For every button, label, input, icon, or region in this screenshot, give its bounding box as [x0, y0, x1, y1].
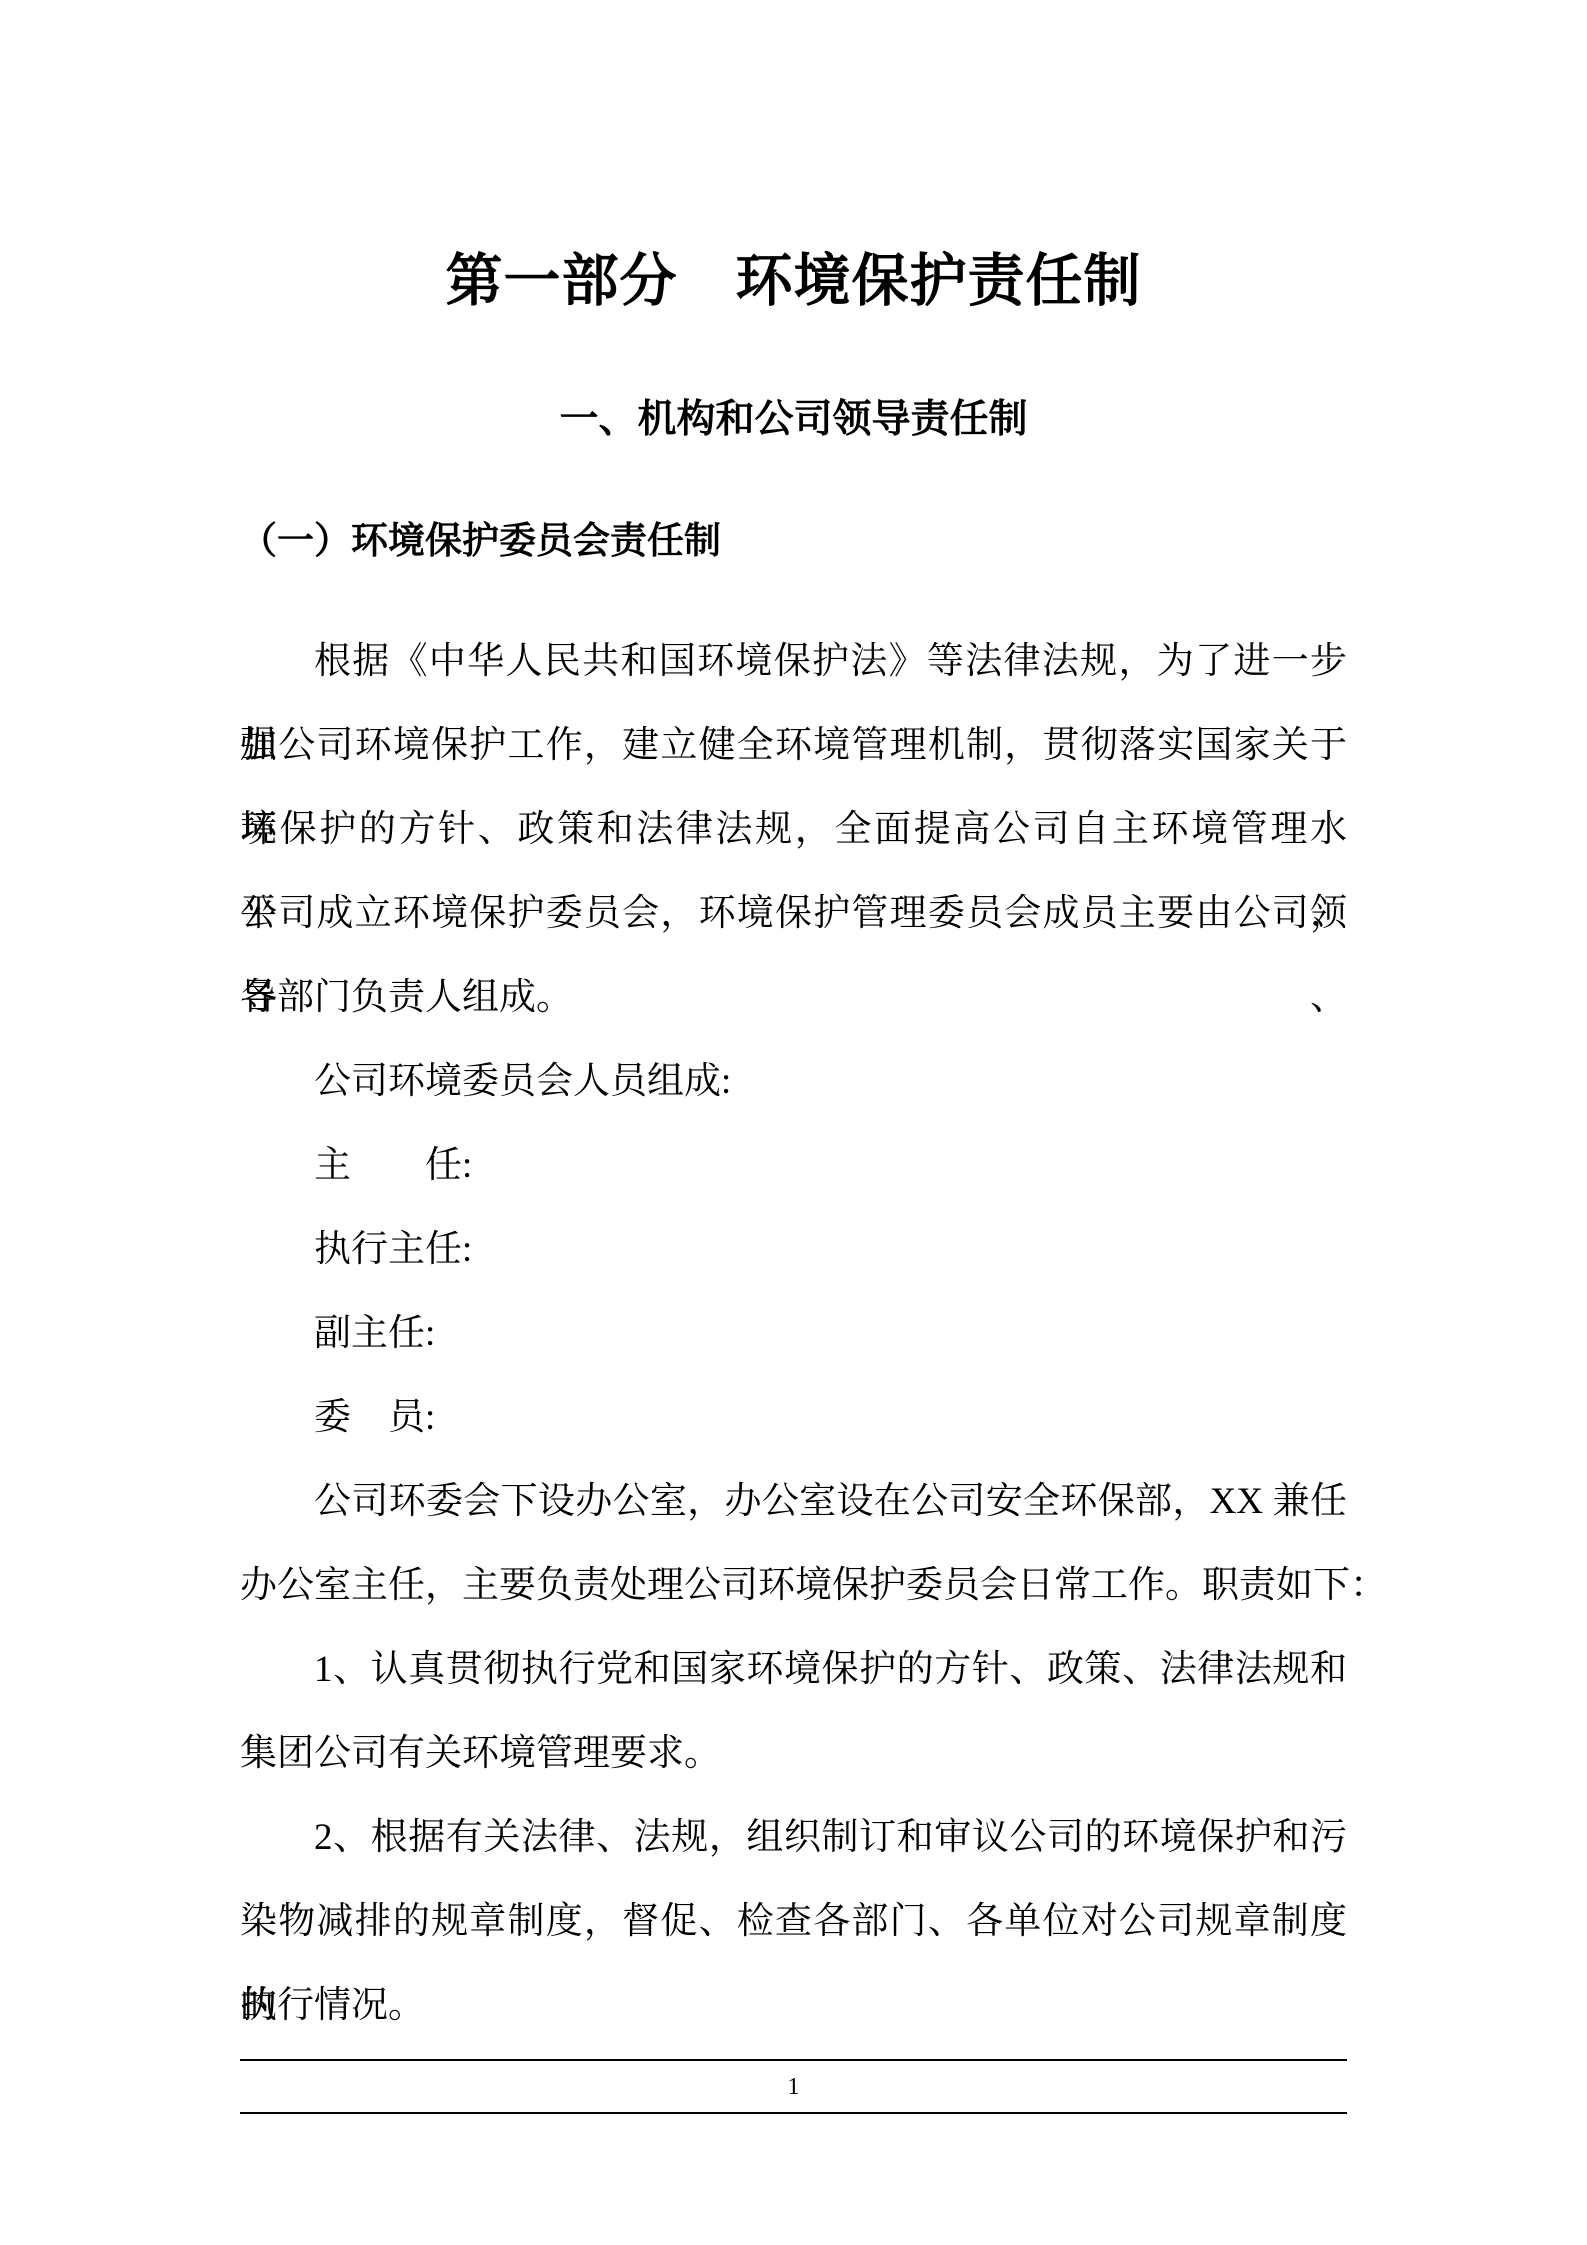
body-line: 根据《中华人民共和国环境保护法》等法律法规，为了进一步加 — [240, 620, 1347, 704]
body-line: 副主任: — [240, 1292, 1347, 1376]
document-subtitle: 一、机构和公司领导责任制 — [240, 400, 1347, 439]
body-line: 1、认真贯彻执行党和国家环境保护的方针、政策、法律法规和 — [240, 1628, 1347, 1712]
body-line: 公司成立环境保护委员会，环境保护管理委员会成员主要由公司领导、 — [240, 872, 1347, 956]
body-line: 主 任: — [240, 1124, 1347, 1208]
body-line: 2、根据有关法律、法规，组织制订和审议公司的环境保护和污 — [240, 1796, 1347, 1880]
document-content: 第一部分 环境保护责任制 一、机构和公司领导责任制 （一）环境保护委员会责任制 … — [240, 252, 1347, 2048]
body-line: 公司环境委员会人员组成: — [240, 1040, 1347, 1124]
body-line: 执行主任: — [240, 1208, 1347, 1292]
body-line: 执行情况。 — [240, 1964, 1347, 2048]
document-body: 根据《中华人民共和国环境保护法》等法律法规，为了进一步加强公司环境保护工作，建立… — [240, 620, 1347, 2048]
footer-rule-bottom — [240, 2112, 1347, 2114]
page-number: 1 — [240, 2062, 1347, 2112]
body-line: 染物减排的规章制度，督促、检查各部门、各单位对公司规章制度的 — [240, 1880, 1347, 1964]
body-line: 强公司环境保护工作，建立健全环境管理机制，贯彻落实国家关于环 — [240, 704, 1347, 788]
section-heading: （一）环境保护委员会责任制 — [240, 523, 1347, 560]
body-line: 办公室主任，主要负责处理公司环境保护委员会日常工作。职责如下： — [240, 1544, 1347, 1628]
body-line: 境保护的方针、政策和法律法规，全面提高公司自主环境管理水平， — [240, 788, 1347, 872]
body-line: 委 员: — [240, 1376, 1347, 1460]
body-line: 公司环委会下设办公室，办公室设在公司安全环保部，XX 兼任 — [240, 1460, 1347, 1544]
body-line: 集团公司有关环境管理要求。 — [240, 1712, 1347, 1796]
document-page: 第一部分 环境保护责任制 一、机构和公司领导责任制 （一）环境保护委员会责任制 … — [0, 0, 1587, 2245]
document-title: 第一部分 环境保护责任制 — [240, 252, 1347, 312]
footer-rule-top — [240, 2059, 1347, 2061]
